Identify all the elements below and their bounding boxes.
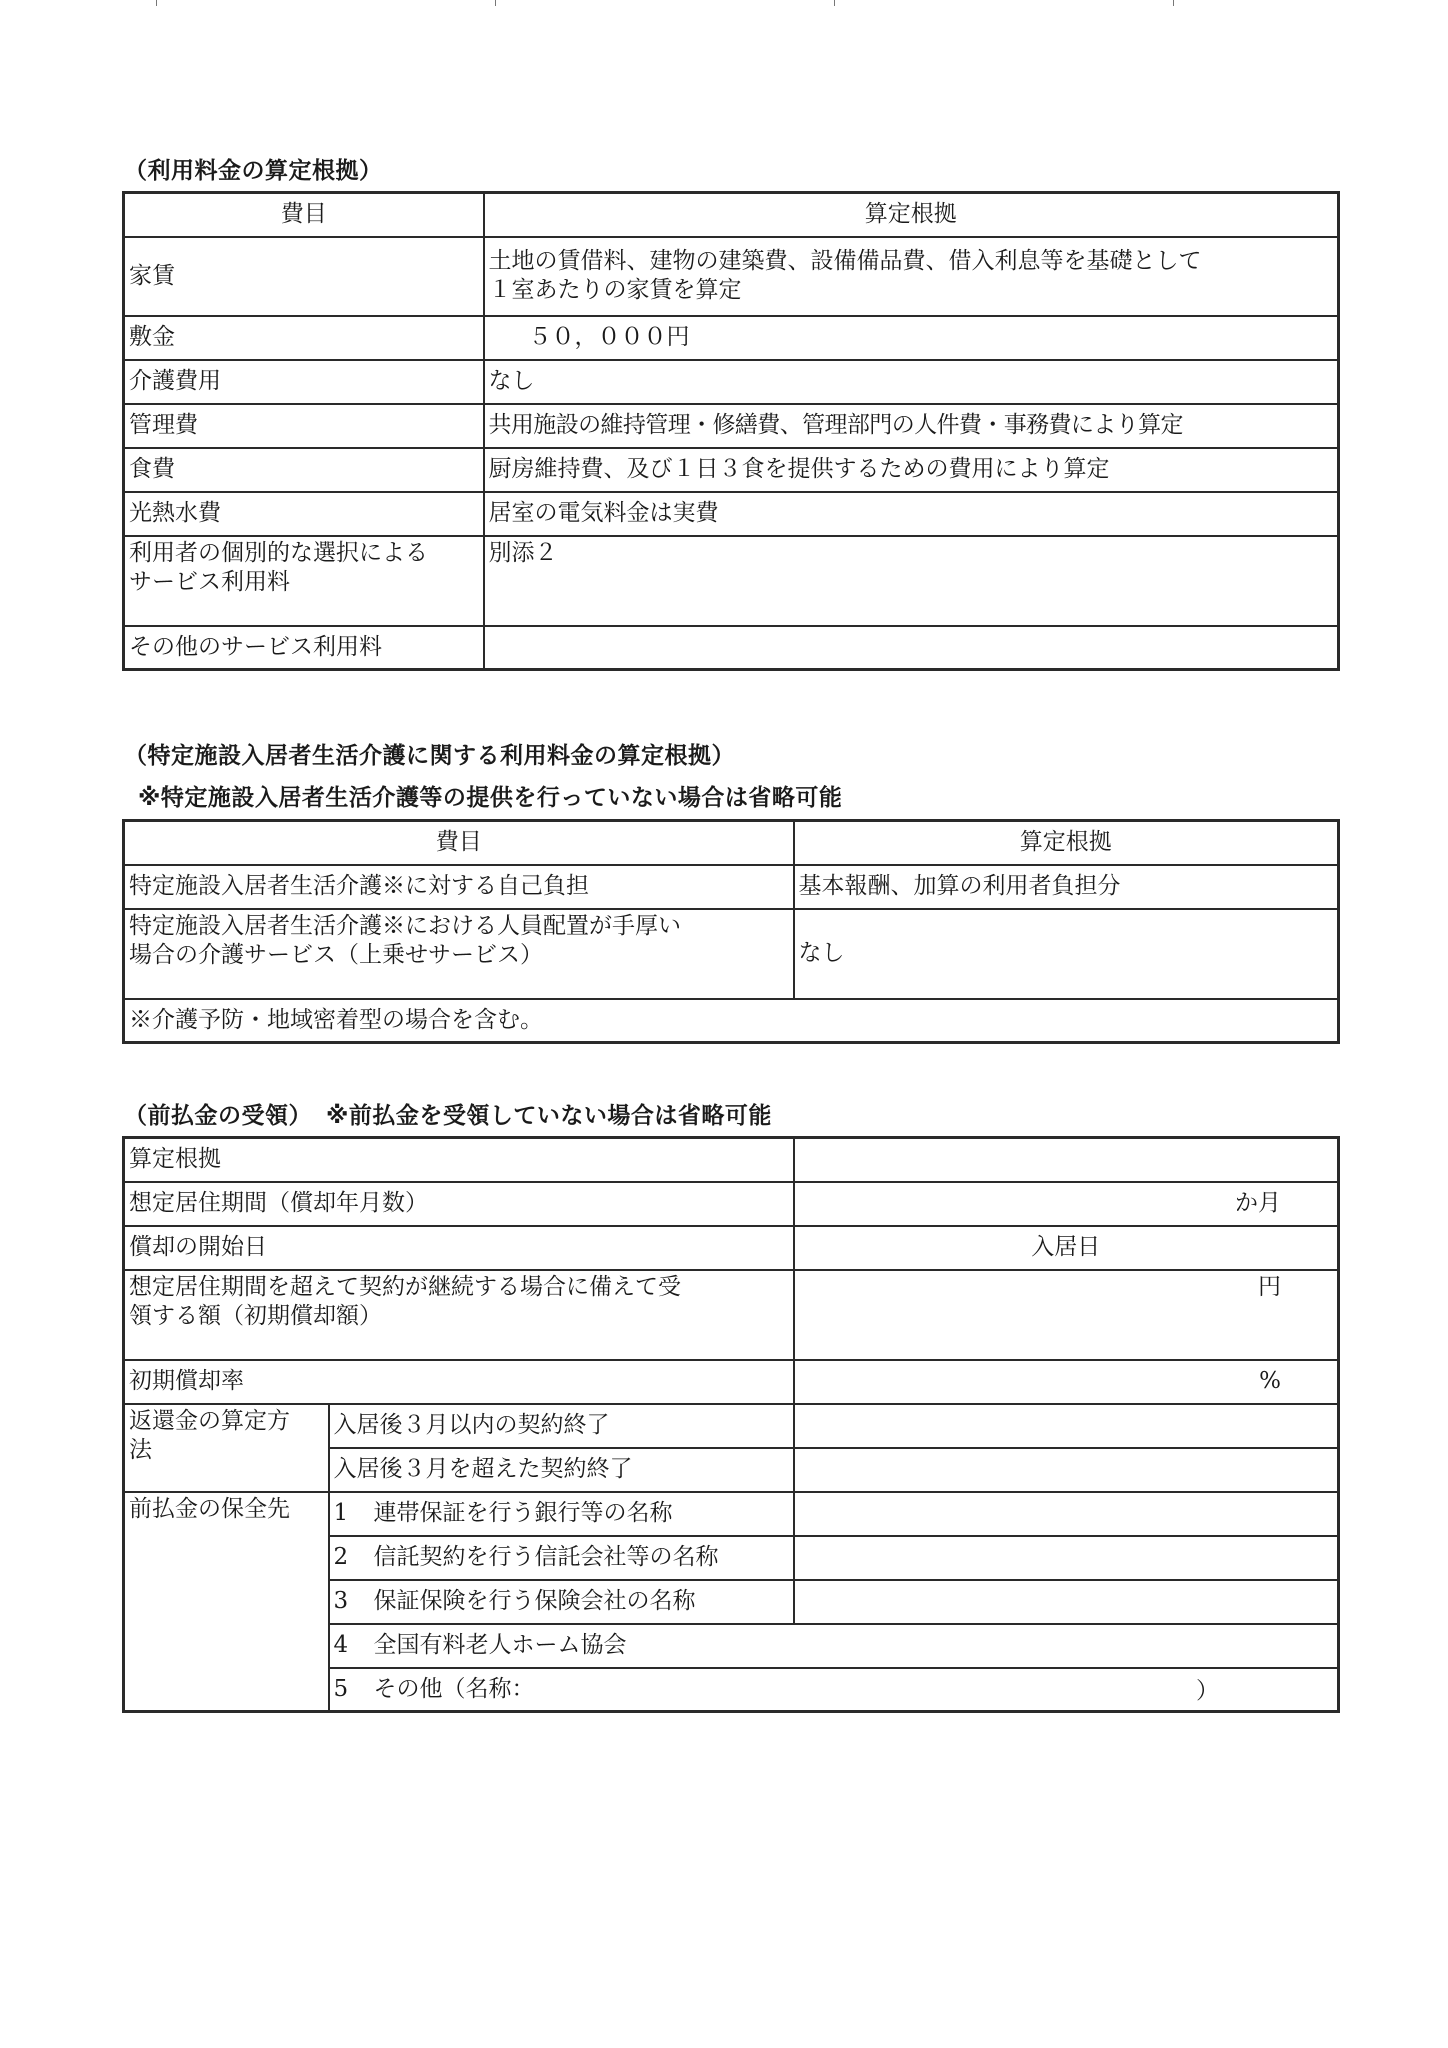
header-basis: 算定根拠 (794, 821, 1339, 865)
option-label: 全国有料老人ホーム協会 (374, 1632, 627, 1658)
item-optional-line1: 利用者の個別的な選択による (129, 539, 479, 568)
table-row: 光熱水費 居室の電気料金は実費 (124, 492, 1339, 536)
table-row: 初期償却率 % (124, 1360, 1339, 1404)
item-optional-line2: サービス利用料 (129, 568, 479, 597)
refund-value-within-3m (794, 1404, 1339, 1448)
table-header-row: 費目 算定根拠 (124, 821, 1339, 865)
value-period-unit: か月 (794, 1182, 1339, 1226)
header-item: 費目 (124, 821, 794, 865)
table-row: 償却の開始日 入居日 (124, 1226, 1339, 1270)
table-row: 返還金の算定方 法 入居後３月以内の契約終了 (124, 1404, 1339, 1448)
value-initial-amount-unit: 円 (794, 1270, 1339, 1360)
protection-value-3 (794, 1580, 1339, 1624)
refund-value-after-3m (794, 1448, 1339, 1492)
label-period: 想定居住期間（償却年月数） (124, 1182, 794, 1226)
label-initial-rate: 初期償却率 (124, 1360, 794, 1404)
section-title-fee-basis: （利用料金の算定根拠） (124, 152, 383, 185)
value-basis (794, 1138, 1339, 1182)
label-start-date: 償却の開始日 (124, 1226, 794, 1270)
prepayment-title: （前払金の受領） (124, 1103, 312, 1129)
prepayment-table: 算定根拠 想定居住期間（償却年月数） か月 償却の開始日 入居日 想定居住期間を… (122, 1136, 1340, 1713)
option-label: 保証保険を行う保険会社の名称 (374, 1588, 696, 1614)
label-refund-method: 返還金の算定方 法 (124, 1404, 329, 1492)
scan-mark (495, 0, 496, 6)
fee-basis-table: 費目 算定根拠 家賃 土地の賃借料、建物の建築費、設備備品費、借入利息等を基礎と… (122, 191, 1340, 671)
table-row: その他のサービス利用料 (124, 626, 1339, 670)
label-initial-amount-line2: 領する額（初期償却額） (129, 1302, 789, 1331)
basis-self-pay: 基本報酬、加算の利用者負担分 (794, 865, 1339, 909)
protection-option-3: 3保証保険を行う保険会社の名称 (329, 1580, 794, 1624)
table-row: 特定施設入居者生活介護※における人員配置が手厚い 場合の介護サービス（上乗せサー… (124, 909, 1339, 999)
basis-other-service-fee (484, 626, 1339, 670)
item-other-service-fee: その他のサービス利用料 (124, 626, 484, 670)
section-title-care-fee-basis: （特定施設入居者生活介護に関する利用料金の算定根拠） (124, 737, 735, 770)
item-rent: 家賃 (124, 237, 484, 316)
value-start-date: 入居日 (794, 1226, 1339, 1270)
basis-food-cost: 厨房維持費、及び１日３食を提供するための費用により算定 (484, 448, 1339, 492)
refund-option-after-3m: 入居後３月を超えた契約終了 (329, 1448, 794, 1492)
footnote: ※介護予防・地域密着型の場合を含む。 (124, 999, 1339, 1043)
protection-option-1: 1連帯保証を行う銀行等の名称 (329, 1492, 794, 1536)
basis-rent-line1: 土地の賃借料、建物の建築費、設備備品費、借入利息等を基礎として (489, 247, 1334, 276)
table-row: 敷金 ５０，０００円 (124, 316, 1339, 360)
item-food-cost: 食費 (124, 448, 484, 492)
basis-rent: 土地の賃借料、建物の建築費、設備備品費、借入利息等を基礎として １室あたりの家賃… (484, 237, 1339, 316)
option-number: 1 (334, 1499, 374, 1528)
basis-deposit: ５０，０００円 (484, 316, 1339, 360)
header-basis: 算定根拠 (484, 193, 1339, 237)
option-number: 5 (334, 1675, 374, 1704)
table-row: 想定居住期間を超えて契約が継続する場合に備えて受 領する額（初期償却額） 円 (124, 1270, 1339, 1360)
basis-utilities: 居室の電気料金は実費 (484, 492, 1339, 536)
label-protection: 前払金の保全先 (124, 1492, 329, 1712)
basis-management-fee: 共用施設の維持管理・修繕費、管理部門の人件費・事務費により算定 (484, 404, 1339, 448)
basis-optional-service-fee: 別添２ (484, 536, 1339, 626)
item-optional-service-fee: 利用者の個別的な選択による サービス利用料 (124, 536, 484, 626)
option-number: 2 (334, 1543, 374, 1572)
protection-option-4: 4全国有料老人ホーム協会 (329, 1624, 1339, 1668)
table-row: 想定居住期間（償却年月数） か月 (124, 1182, 1339, 1226)
label-refund-line2: 法 (129, 1436, 324, 1465)
table-header-row: 費目 算定根拠 (124, 193, 1339, 237)
basis-care-cost: なし (484, 360, 1339, 404)
label-refund-line1: 返還金の算定方 (129, 1407, 324, 1436)
item-extra-staffing-line2: 場合の介護サービス（上乗せサービス） (129, 941, 789, 970)
table-row: 家賃 土地の賃借料、建物の建築費、設備備品費、借入利息等を基礎として １室あたり… (124, 237, 1339, 316)
scan-mark (1173, 0, 1174, 6)
item-utilities: 光熱水費 (124, 492, 484, 536)
protection-option-5: 5その他（名称： ） (329, 1668, 1339, 1712)
table-row: 利用者の個別的な選択による サービス利用料 別添２ (124, 536, 1339, 626)
table-row: 管理費 共用施設の維持管理・修繕費、管理部門の人件費・事務費により算定 (124, 404, 1339, 448)
option-label: 連帯保証を行う銀行等の名称 (374, 1500, 673, 1526)
option-label: 信託契約を行う信託会社等の名称 (374, 1544, 719, 1570)
prepayment-note: ※前払金を受領していない場合は省略可能 (326, 1103, 772, 1129)
table-row: 食費 厨房維持費、及び１日３食を提供するための費用により算定 (124, 448, 1339, 492)
basis-extra-staffing: なし (794, 909, 1339, 999)
table-row: 特定施設入居者生活介護※に対する自己負担 基本報酬、加算の利用者負担分 (124, 865, 1339, 909)
table-row: 介護費用 なし (124, 360, 1339, 404)
header-item: 費目 (124, 193, 484, 237)
item-extra-staffing-line1: 特定施設入居者生活介護※における人員配置が手厚い (129, 912, 789, 941)
basis-rent-line2: １室あたりの家賃を算定 (489, 276, 1334, 305)
label-basis: 算定根拠 (124, 1138, 794, 1182)
item-management-fee: 管理費 (124, 404, 484, 448)
table-row: 前払金の保全先 1連帯保証を行う銀行等の名称 (124, 1492, 1339, 1536)
table-row: ※介護予防・地域密着型の場合を含む。 (124, 999, 1339, 1043)
label-initial-amount-line1: 想定居住期間を超えて契約が継続する場合に備えて受 (129, 1273, 789, 1302)
protection-value-2 (794, 1536, 1339, 1580)
item-extra-staffing: 特定施設入居者生活介護※における人員配置が手厚い 場合の介護サービス（上乗せサー… (124, 909, 794, 999)
value-initial-rate-unit: % (794, 1360, 1339, 1404)
section-title-prepayment: （前払金の受領）※前払金を受領していない場合は省略可能 (124, 1097, 772, 1130)
item-care-cost: 介護費用 (124, 360, 484, 404)
option-close-paren: ） (1196, 1677, 1219, 1706)
protection-option-2: 2信託契約を行う信託会社等の名称 (329, 1536, 794, 1580)
section-note-care-fee: ※特定施設入居者生活介護等の提供を行っていない場合は省略可能 (138, 779, 842, 812)
label-initial-amount: 想定居住期間を超えて契約が継続する場合に備えて受 領する額（初期償却額） (124, 1270, 794, 1360)
care-fee-basis-table: 費目 算定根拠 特定施設入居者生活介護※に対する自己負担 基本報酬、加算の利用者… (122, 819, 1340, 1044)
table-row: 算定根拠 (124, 1138, 1339, 1182)
item-self-pay: 特定施設入居者生活介護※に対する自己負担 (124, 865, 794, 909)
scan-mark (156, 0, 157, 6)
scan-mark (834, 0, 835, 6)
option-number: 3 (334, 1587, 374, 1616)
refund-option-within-3m: 入居後３月以内の契約終了 (329, 1404, 794, 1448)
protection-value-1 (794, 1492, 1339, 1536)
item-deposit: 敷金 (124, 316, 484, 360)
option-number: 4 (334, 1631, 374, 1660)
option-label: その他（名称： (374, 1676, 535, 1702)
